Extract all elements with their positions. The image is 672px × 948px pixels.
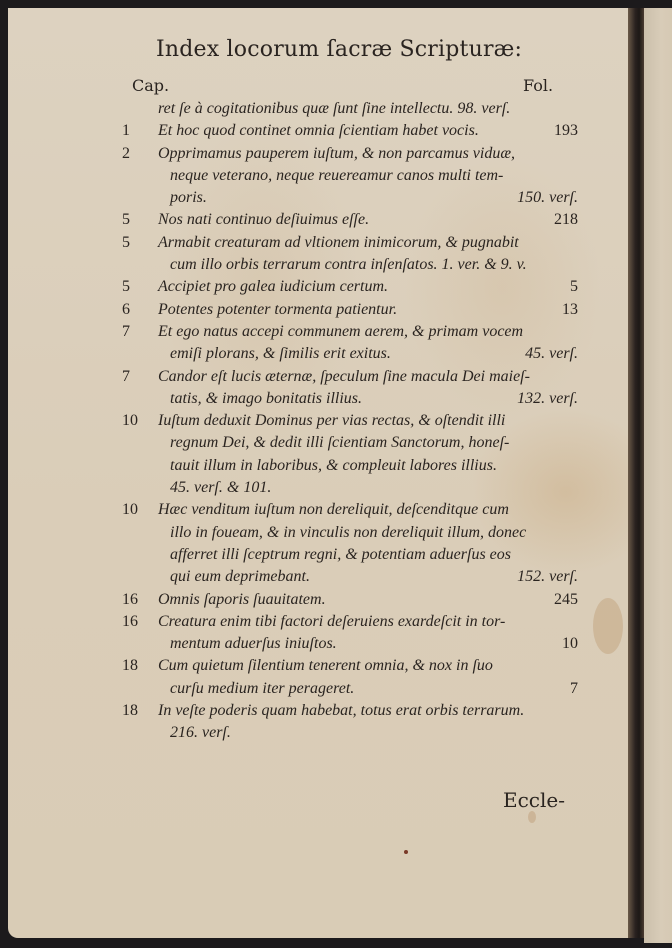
index-entry: 7Et ego natus accepi communem aerem, & p… — [118, 321, 578, 366]
index-entry: 6Potentes potenter tormenta patientur.13 — [118, 299, 578, 321]
entry-text-line: regnum Dei, & dedit illi ſcientiam Sanct… — [158, 432, 578, 454]
entry-text-line: qui eum deprimebant.152. verſ. — [158, 566, 578, 588]
entry-text-line: Omnis ſaporis ſuauitatem.245 — [158, 589, 578, 611]
entry-text: neque veterano, neque reuereamur canos m… — [170, 167, 503, 184]
stain-mark — [404, 850, 408, 854]
index-entry: 5Armabit creaturam ad vltionem inimicoru… — [118, 232, 578, 277]
entry-text-line: curſu medium iter perageret.7 — [158, 678, 578, 700]
entry-text: Armabit creaturam ad vltionem inimicorum… — [158, 234, 519, 251]
entry-text-line: Creatura enim tibi factori deſeruiens ex… — [158, 611, 578, 633]
chapter-number: 18 — [122, 700, 152, 722]
index-entry: 16Creatura enim tibi factori deſeruiens … — [118, 611, 578, 656]
column-header-cap: Cap. — [132, 76, 169, 95]
chapter-number: 16 — [122, 589, 152, 611]
entry-text: poris. — [170, 189, 207, 206]
entry-text: Candor eſt lucis æternæ, ſpeculum ſine m… — [158, 368, 530, 385]
book-scan: Index locorum ſacræ Scripturæ: Cap. Fol.… — [0, 0, 672, 948]
chapter-number: 16 — [122, 611, 152, 633]
chapter-number: 5 — [122, 232, 152, 254]
folio-reference: 7 — [570, 678, 578, 700]
entry-text: Opprimamus pauperem iuſtum, & non parcam… — [158, 145, 515, 162]
folio-reference: 132. verſ. — [517, 388, 578, 410]
catchword: Eccle- — [503, 788, 565, 812]
index-entry: 18Cum quietum ſilentium tenerent omnia, … — [118, 655, 578, 700]
folio-reference: 193 — [554, 120, 578, 142]
entry-text: Omnis ſaporis ſuauitatem. — [158, 591, 326, 608]
entry-text-line: ret ſe à cogitationibus quæ ſunt ſine in… — [158, 98, 578, 120]
entry-text-line: Iuſtum deduxit Dominus per vias rectas, … — [158, 410, 578, 432]
entry-text-line: neque veterano, neque reuereamur canos m… — [158, 165, 578, 187]
chapter-number: 7 — [122, 366, 152, 388]
entry-text-line: 45. verſ. & 101. — [158, 477, 578, 499]
folio-reference: 5 — [570, 276, 578, 298]
folio-reference: 13 — [562, 299, 578, 321]
index-entry: 10Hæc venditum iuſtum non dereliquit, de… — [118, 499, 578, 588]
entry-text-line: In veſte poderis quam habebat, totus era… — [158, 700, 578, 722]
folio-reference: 45. verſ. — [525, 343, 578, 365]
index-entries: ret ſe à cogitationibus quæ ſunt ſine in… — [118, 98, 578, 745]
entry-text-line: afferret illi ſceptrum regni, & potentia… — [158, 544, 578, 566]
entry-text-line: Nos nati continuo deſiuimus eſſe.218 — [158, 209, 578, 231]
chapter-number: 2 — [122, 143, 152, 165]
entry-text: Potentes potenter tormenta patientur. — [158, 301, 397, 318]
entry-text: Hæc venditum iuſtum non dereliquit, deſc… — [158, 501, 509, 518]
entry-text: mentum aduerſus iniuſtos. — [170, 635, 337, 652]
entry-text: tauit illum in laboribus, & compleuit la… — [170, 457, 497, 474]
chapter-number: 6 — [122, 299, 152, 321]
stain-mark — [593, 598, 623, 654]
entry-text: Iuſtum deduxit Dominus per vias rectas, … — [158, 412, 505, 429]
entry-text-line: mentum aduerſus iniuſtos.10 — [158, 633, 578, 655]
folio-reference: 152. verſ. — [517, 566, 578, 588]
entry-text-line: tauit illum in laboribus, & compleuit la… — [158, 455, 578, 477]
column-header-fol: Fol. — [523, 76, 553, 95]
entry-text: Creatura enim tibi factori deſeruiens ex… — [158, 613, 505, 630]
entry-text-line: Accipiet pro galea iudicium certum.5 — [158, 276, 578, 298]
entry-text-line: Et ego natus accepi communem aerem, & pr… — [158, 321, 578, 343]
chapter-number: 5 — [122, 276, 152, 298]
index-entry: 5Nos nati continuo deſiuimus eſſe.218 — [118, 209, 578, 231]
chapter-number: 7 — [122, 321, 152, 343]
index-entry: 18In veſte poderis quam habebat, totus e… — [118, 700, 578, 745]
entry-text: afferret illi ſceptrum regni, & potentia… — [170, 546, 511, 563]
entry-text: illo in foueam, & in vinculis non dereli… — [170, 524, 526, 541]
index-entry: ret ſe à cogitationibus quæ ſunt ſine in… — [118, 98, 578, 120]
entry-text: Et hoc quod continet omnia ſcientiam hab… — [158, 122, 479, 139]
index-entry: 16Omnis ſaporis ſuauitatem.245 — [118, 589, 578, 611]
entry-text-line: Candor eſt lucis æternæ, ſpeculum ſine m… — [158, 366, 578, 388]
chapter-number: 10 — [122, 410, 152, 432]
adjacent-page-edge — [644, 8, 672, 943]
index-entry: 7Candor eſt lucis æternæ, ſpeculum ſine … — [118, 366, 578, 411]
entry-text: Nos nati continuo deſiuimus eſſe. — [158, 211, 369, 228]
entry-text: Et ego natus accepi communem aerem, & pr… — [158, 323, 523, 340]
entry-text-line: emiſi plorans, & ſimilis erit exitus.45.… — [158, 343, 578, 365]
folio-reference: 245 — [554, 589, 578, 611]
entry-text-line: 216. verſ. — [158, 722, 578, 744]
index-entry: 2Opprimamus pauperem iuſtum, & non parca… — [118, 143, 578, 210]
entry-text-line: Cum quietum ſilentium tenerent omnia, & … — [158, 655, 578, 677]
entry-text-line: cum illo orbis terrarum contra inſenſato… — [158, 254, 578, 276]
entry-text: tatis, & imago bonitatis illius. — [170, 390, 362, 407]
entry-text: qui eum deprimebant. — [170, 568, 310, 585]
entry-text: regnum Dei, & dedit illi ſcientiam Sanct… — [170, 434, 509, 451]
entry-text: Cum quietum ſilentium tenerent omnia, & … — [158, 657, 493, 674]
entry-text-line: Potentes potenter tormenta patientur.13 — [158, 299, 578, 321]
entry-text-line: Armabit creaturam ad vltionem inimicorum… — [158, 232, 578, 254]
entry-text: emiſi plorans, & ſimilis erit exitus. — [170, 345, 391, 362]
chapter-number: 10 — [122, 499, 152, 521]
entry-text: 45. verſ. & 101. — [170, 479, 271, 496]
chapter-number: 18 — [122, 655, 152, 677]
entry-text: ret ſe à cogitationibus quæ ſunt ſine in… — [158, 100, 510, 117]
index-entry: 10Iuſtum deduxit Dominus per vias rectas… — [118, 410, 578, 499]
entry-text: Accipiet pro galea iudicium certum. — [158, 278, 388, 295]
folio-reference: 150. verſ. — [517, 187, 578, 209]
entry-text-line: illo in foueam, & in vinculis non dereli… — [158, 522, 578, 544]
chapter-number: 1 — [122, 120, 152, 142]
book-gutter — [628, 8, 644, 938]
folio-reference: 218 — [554, 209, 578, 231]
index-entry: 5Accipiet pro galea iudicium certum.5 — [118, 276, 578, 298]
entry-text-line: Et hoc quod continet omnia ſcientiam hab… — [158, 120, 578, 142]
entry-text-line: Hæc venditum iuſtum non dereliquit, deſc… — [158, 499, 578, 521]
entry-text-line: Opprimamus pauperem iuſtum, & non parcam… — [158, 143, 578, 165]
stain-mark — [528, 811, 536, 823]
index-entry: 1Et hoc quod continet omnia ſcientiam ha… — [118, 120, 578, 142]
entry-text-line: poris.150. verſ. — [158, 187, 578, 209]
entry-text: 216. verſ. — [170, 724, 231, 741]
entry-text: In veſte poderis quam habebat, totus era… — [158, 702, 524, 719]
entry-text: cum illo orbis terrarum contra inſenſato… — [170, 256, 527, 273]
page-title: Index locorum ſacræ Scripturæ: — [156, 37, 522, 62]
entry-text-line: tatis, & imago bonitatis illius.132. ver… — [158, 388, 578, 410]
folio-reference: 10 — [562, 633, 578, 655]
chapter-number: 5 — [122, 209, 152, 231]
entry-text: curſu medium iter perageret. — [170, 680, 354, 697]
